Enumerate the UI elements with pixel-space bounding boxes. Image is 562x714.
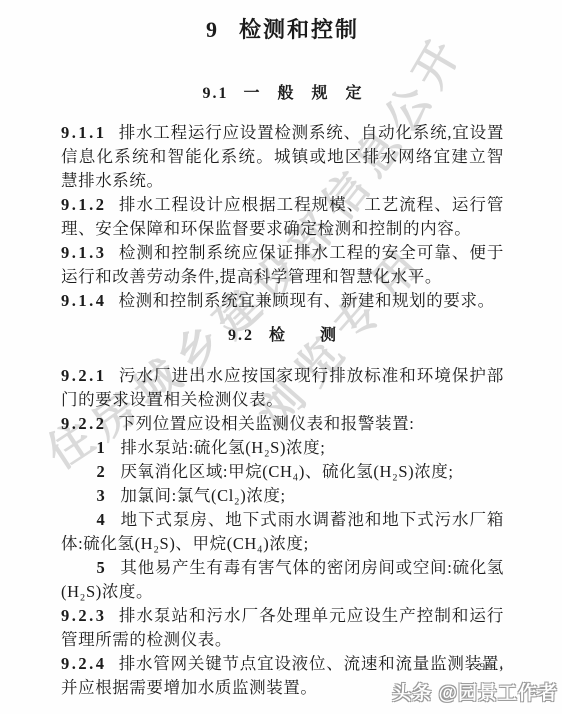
clause-9-1-2: 9.1.2排水工程设计应根据工程规模、工艺流程、运行管理、安全保障和环保监督要求… [61, 193, 504, 241]
item-text: 加氯间:氯气(Cl₂)浓度; [120, 486, 285, 505]
footer-credit-watermark: 头条 @园景工作者 [392, 678, 558, 705]
list-item-4: 4地下式泵房、地下式雨水调蓄池和地下式污水厂箱体:硫化氢(H₂S)、甲烷(CH₄… [61, 508, 504, 556]
section-9-2-body: 9.2.1污水厂进出水应按国家现行排放标准和环境保护部门的要求设置相关检测仪表。… [61, 364, 504, 700]
content-area: 9检测和控制 9.1一 般 规 定 9.1.1排水工程运行应设置检测系统、自动化… [61, 16, 504, 700]
item-number: 1 [96, 438, 105, 457]
clause-text: 污水厂进出水应按国家现行排放标准和环境保护部门的要求设置相关检测仪表。 [61, 366, 504, 409]
clause-number: 9.1.4 [61, 291, 107, 310]
clause-text: 检测和控制系统宜兼顾现有、新建和规划的要求。 [119, 291, 495, 310]
chapter-title: 9检测和控制 [61, 16, 504, 44]
list-item-2: 2厌氧消化区域:甲烷(CH₄)、硫化氢(H₂S)浓度; [61, 460, 504, 484]
page-number: · 99 · [469, 661, 505, 673]
clause-number: 9.2.3 [61, 606, 107, 625]
clause-number: 9.2.4 [61, 654, 107, 673]
list-item-1: 1排水泵站:硫化氢(H₂S)浓度; [61, 436, 504, 460]
clause-9-1-3: 9.1.3检测和控制系统应保证排水工程的安全可靠、便于运行和改善劳动条件,提高科… [61, 241, 504, 289]
section-heading-9-2: 9.2检 测 [61, 325, 504, 346]
clause-number: 9.2.1 [61, 366, 107, 385]
item-text: 其他易产生有毒有害气体的密闭房间或空间:硫化氢(H₂S)浓度。 [61, 558, 504, 601]
clause-9-1-4: 9.1.4检测和控制系统宜兼顾现有、新建和规划的要求。 [61, 289, 504, 313]
clause-text: 检测和控制系统应保证排水工程的安全可靠、便于运行和改善劳动条件,提高科学管理和智… [61, 243, 504, 286]
clause-text: 排水工程运行应设置检测系统、自动化系统,宜设置信息化系统和智能化系统。城镇或地区… [61, 123, 504, 190]
clause-number: 9.1.1 [61, 123, 107, 142]
clause-text: 下列位置应设相关监测仪表和报警装置: [119, 414, 415, 433]
item-text: 厌氧消化区域:甲烷(CH₄)、硫化氢(H₂S)浓度; [120, 462, 453, 481]
section-heading-title: 一 般 规 定 [243, 85, 362, 102]
clause-text: 排水泵站和污水厂各处理单元应设生产控制和运行管理所需的检测仪表。 [61, 606, 504, 649]
clause-9-2-2: 9.2.2下列位置应设相关监测仪表和报警装置: [61, 412, 504, 436]
chapter-title-text: 检测和控制 [239, 17, 359, 42]
section-heading-title: 检 测 [269, 327, 337, 344]
list-item-3: 3加氯间:氯气(Cl₂)浓度; [61, 484, 504, 508]
clause-number: 9.1.3 [61, 243, 107, 262]
clause-number: 9.1.2 [61, 195, 107, 214]
clause-9-2-1: 9.2.1污水厂进出水应按国家现行排放标准和环境保护部门的要求设置相关检测仪表。 [61, 364, 504, 412]
item-number: 5 [96, 558, 105, 577]
item-number: 2 [96, 462, 105, 481]
item-number: 3 [96, 486, 105, 505]
list-item-5: 5其他易产生有毒有害气体的密闭房间或空间:硫化氢(H₂S)浓度。 [61, 556, 504, 604]
clause-9-2-3: 9.2.3排水泵站和污水厂各处理单元应设生产控制和运行管理所需的检测仪表。 [61, 604, 504, 652]
clause-9-1-1: 9.1.1排水工程运行应设置检测系统、自动化系统,宜设置信息化系统和智能化系统。… [61, 121, 504, 193]
section-heading-number: 9.2 [228, 327, 254, 344]
chapter-number: 9 [206, 17, 219, 42]
item-text: 地下式泵房、地下式雨水调蓄池和地下式污水厂箱体:硫化氢(H₂S)、甲烷(CH₄)… [61, 510, 504, 553]
section-heading-9-1: 9.1一 般 规 定 [61, 83, 504, 104]
document-page: 住房城乡建设部信息公开 浏览专用 9检测和控制 9.1一 般 规 定 9.1.1… [0, 0, 562, 714]
section-9-1-body: 9.1.1排水工程运行应设置检测系统、自动化系统,宜设置信息化系统和智能化系统。… [61, 121, 504, 313]
clause-text: 排水工程设计应根据工程规模、工艺流程、运行管理、安全保障和环保监督要求确定检测和… [61, 195, 504, 238]
item-text: 排水泵站:硫化氢(H₂S)浓度; [120, 438, 325, 457]
clause-number: 9.2.2 [61, 414, 107, 433]
section-heading-number: 9.1 [202, 85, 228, 102]
item-number: 4 [96, 510, 105, 529]
